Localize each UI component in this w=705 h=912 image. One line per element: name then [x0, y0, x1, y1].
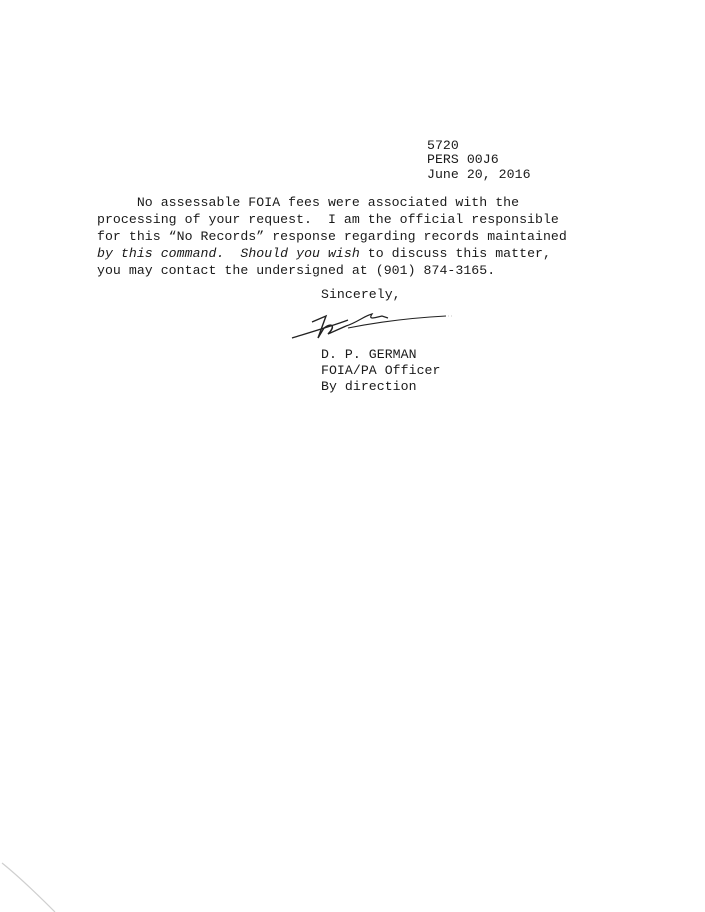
scan-artifact-icon: [0, 845, 70, 912]
closing-salutation: Sincerely,: [321, 286, 401, 303]
body-line-4-gap: [224, 246, 240, 261]
letter-date: June 20, 2016: [427, 166, 531, 183]
signer-name: D. P. GERMAN: [321, 346, 417, 363]
body-line-4-italic-b: Should you wish: [240, 246, 359, 261]
body-line-3: for this “No Records” response regarding…: [97, 228, 567, 245]
body-line-5: you may contact the undersigned at (901)…: [97, 262, 495, 279]
signer-title: FOIA/PA Officer: [321, 362, 440, 379]
body-line-2: processing of your request. I am the off…: [97, 211, 559, 228]
signature-icon: [288, 308, 458, 349]
body-line-4-rest: to discuss this matter,: [360, 246, 551, 261]
body-line-1: No assessable FOIA fees were associated …: [97, 194, 519, 211]
signer-authority: By direction: [321, 378, 417, 395]
body-line-4-italic-a: by this command.: [97, 246, 224, 261]
body-line-4: by this command. Should you wish to disc…: [97, 245, 551, 262]
